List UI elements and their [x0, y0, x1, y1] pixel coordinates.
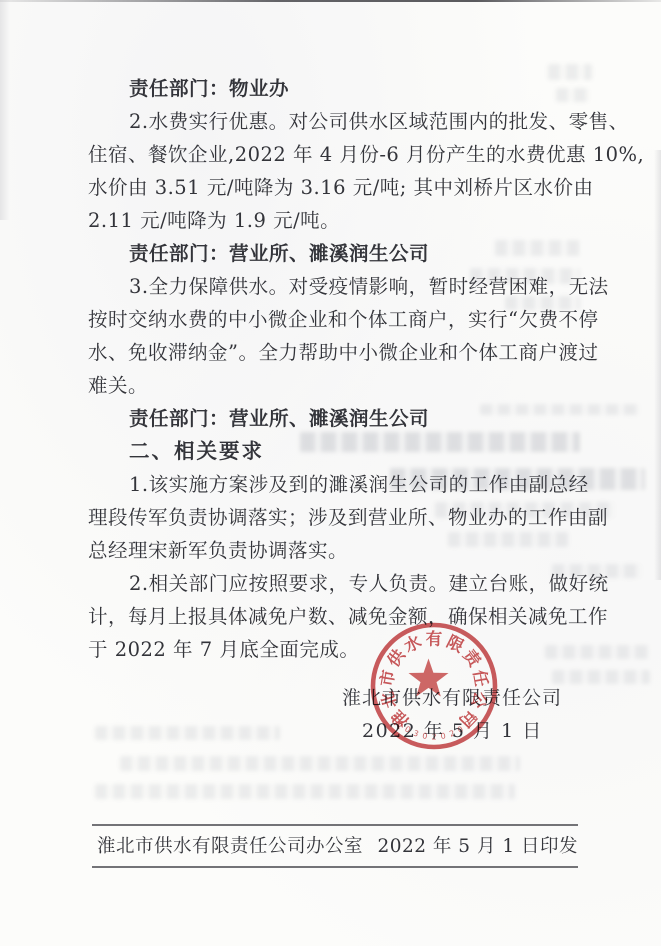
- doc-line: 1.该实施方案涉及到的濉溪润生公司的工作由副总经: [88, 468, 600, 501]
- doc-line: 于 2022 年 7 月底全面完成。: [88, 633, 600, 666]
- footer-rule-top: [92, 824, 578, 826]
- bleed-through-smudge: [120, 756, 520, 771]
- svg-text:3: 3: [412, 729, 420, 739]
- svg-text:有: 有: [426, 629, 443, 649]
- svg-text:2: 2: [448, 729, 456, 739]
- bleed-through-smudge: [95, 726, 280, 740]
- svg-text:公: 公: [467, 689, 490, 711]
- svg-text:市: 市: [376, 668, 399, 688]
- scan-top-edge: [0, 0, 661, 2]
- document-body: 责任部门：物业办 2.水费实行优惠。对公司供水区域范围内的批发、零售、 住宿、餐…: [88, 72, 600, 666]
- footer-issuing-office: 淮北市供水有限责任公司办公室: [97, 832, 363, 858]
- doc-line: 计，每月上报具体减免户数、减免金额，确保相关减免工作: [88, 600, 600, 633]
- doc-line: 难关。: [88, 369, 600, 402]
- doc-line: 理段传军负责协调落实；涉及到营业所、物业办的工作由副: [88, 501, 600, 534]
- scan-right-shadow: [654, 150, 661, 580]
- doc-line-responsible-dept: 责任部门：营业所、濉溪润生公司: [88, 402, 600, 435]
- doc-line: 按时交纳水费的中小微企业和个体工商户，实行“欠费不停: [88, 303, 600, 336]
- star-icon: [409, 659, 449, 697]
- doc-line-responsible-dept: 责任部门：营业所、濉溪润生公司: [88, 237, 600, 270]
- svg-text:北: 北: [377, 689, 400, 711]
- doc-line: 2.相关部门应按照要求，专人负责。建立台账，做好统: [88, 567, 600, 600]
- doc-line: 水价由 3.51 元/吨降为 3.16 元/吨; 其中刘桥片区水价由: [88, 171, 600, 204]
- doc-line: 住宿、餐饮企业,2022 年 4 月份-6 月份产生的水费优惠 10%,: [88, 138, 600, 171]
- svg-text:0: 0: [421, 731, 428, 741]
- svg-text:2: 2: [431, 733, 436, 742]
- scan-left-shadow: [0, 0, 10, 220]
- document-page: 责任部门：物业办 2.水费实行优惠。对公司供水区域范围内的批发、零售、 住宿、餐…: [0, 0, 661, 946]
- doc-line: 水、免收滞纳金”。全力帮助中小微企业和个体工商户渡过: [88, 336, 600, 369]
- company-seal: 淮北市供水有限责任公司 06030202008: [364, 616, 504, 756]
- section-heading: 二、相关要求: [88, 435, 600, 468]
- doc-line-responsible-dept: 责任部门：物业办: [88, 72, 600, 105]
- footer-rule-bottom: [92, 866, 578, 868]
- doc-line: 总经理宋新军负责协调落实。: [88, 534, 600, 567]
- doc-line: 3.全力保障供水。对受疫情影响，暂时经营困难，无法: [88, 270, 600, 303]
- bleed-through-smudge: [552, 670, 650, 684]
- doc-line: 2.水费实行优惠。对公司供水区域范围内的批发、零售、: [88, 105, 600, 138]
- svg-text:任: 任: [470, 668, 493, 688]
- footer-print-date: 2022 年 5 月 1 日印发: [377, 832, 578, 858]
- svg-text:0: 0: [440, 731, 447, 741]
- bleed-through-smudge: [95, 784, 515, 799]
- doc-line: 2.11 元/吨降为 1.9 元/吨。: [88, 204, 600, 237]
